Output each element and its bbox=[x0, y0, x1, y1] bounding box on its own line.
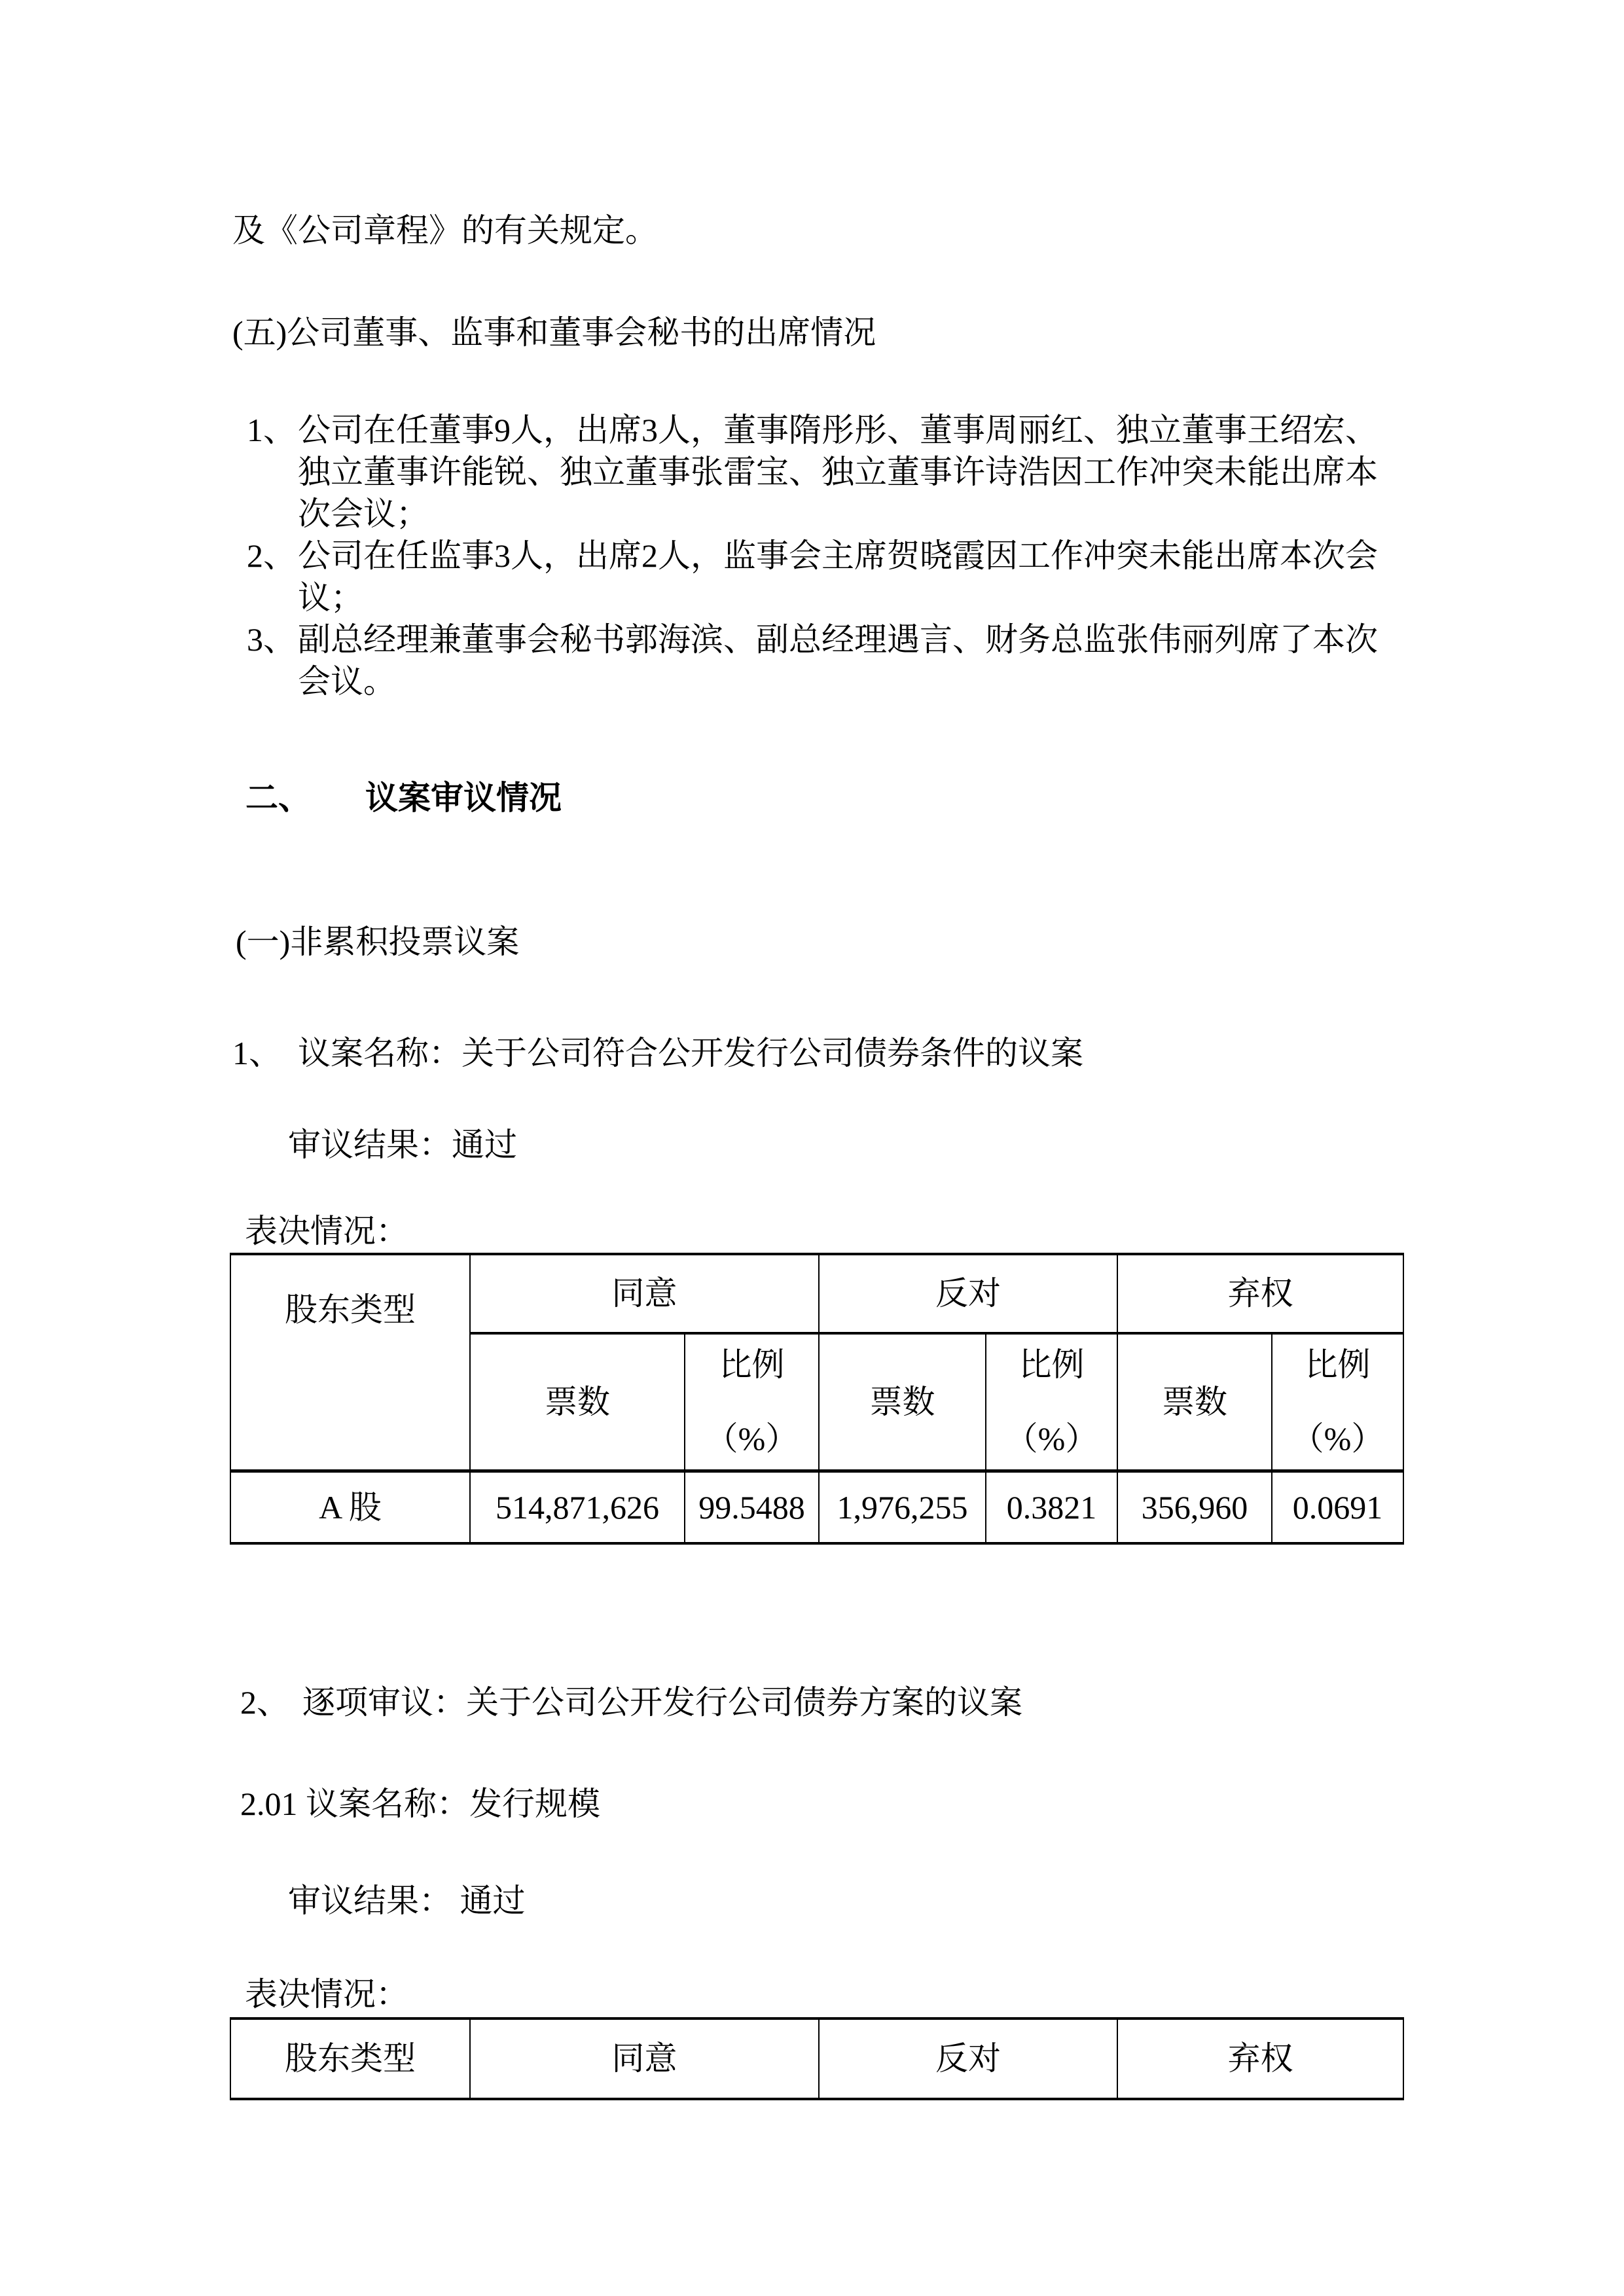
table1-agree-votes-header: 票数 bbox=[470, 1333, 685, 1471]
table1-agree-votes-value: 514,871,626 bbox=[470, 1471, 685, 1544]
list-item-number: 1、 bbox=[247, 409, 296, 451]
table1-data-row: A 股 514,871,626 99.5488 1,976,255 0.3821… bbox=[230, 1471, 1403, 1544]
table1-against-votes-header: 票数 bbox=[819, 1333, 986, 1471]
table1-header-row-1: 股东类型 同意 反对 弃权 bbox=[230, 1254, 1403, 1333]
table2-shareholder-type-header: 股东类型 bbox=[230, 2018, 470, 2099]
attendance-item: 2、 公司在任监事3人，出席2人，监事会主席贺晓霞因工作冲突未能出席本次会议； bbox=[232, 535, 1401, 619]
attendance-item: 3、 副总经理兼董事会秘书郭海滨、副总经理遇言、财务总监张伟丽列席了本次会议。 bbox=[232, 619, 1401, 702]
voting-status-label-1: 表决情况： bbox=[232, 1211, 1401, 1252]
ratio-label: 比例 bbox=[1272, 1344, 1403, 1386]
proposal-two-line: 2、 逐项审议：关于公司公开发行公司债券方案的议案 bbox=[232, 1682, 1401, 1723]
section-two-heading: 二、议案审议情况 bbox=[232, 778, 1401, 819]
ratio-label: 比例 bbox=[685, 1344, 818, 1386]
document-content: 及《公司章程》的有关规定。 (五)公司董事、监事和董事会秘书的出席情况 1、 公… bbox=[0, 0, 1624, 2100]
table2-header-row: 股东类型 同意 反对 弃权 bbox=[230, 2018, 1403, 2099]
review-result-1: 审议结果：通过 bbox=[232, 1124, 1401, 1166]
table1-abstain-votes-header: 票数 bbox=[1117, 1333, 1272, 1471]
table2-agree-header: 同意 bbox=[470, 2018, 819, 2099]
list-item-text: 副总经理兼董事会秘书郭海滨、副总经理遇言、财务总监张伟丽列席了本次会议。 bbox=[298, 621, 1378, 700]
list-item-text: 公司在任董事9人，出席3人，董事隋彤彤、董事周丽红、独立董事王绍宏、独立董事许能… bbox=[298, 412, 1378, 532]
table1-shareholder-type-value: A 股 bbox=[230, 1471, 470, 1544]
table1-abstain-ratio-header: 比例 （%） bbox=[1272, 1333, 1403, 1471]
continued-paragraph: 及《公司章程》的有关规定。 bbox=[232, 210, 1401, 251]
attendance-item: 1、 公司在任董事9人，出席3人，董事隋彤彤、董事周丽红、独立董事王绍宏、独立董… bbox=[232, 409, 1401, 535]
list-item-text: 公司在任监事3人，出席2人，监事会主席贺晓霞因工作冲突未能出席本次会议； bbox=[298, 537, 1378, 616]
subsection-one-title: (一)非累积投票议案 bbox=[232, 922, 1401, 963]
proposal-one-line: 1、 议案名称：关于公司符合公开发行公司债券条件的议案 bbox=[232, 1033, 1401, 1074]
ratio-percent-label: （%） bbox=[685, 1418, 818, 1460]
ratio-percent-label: （%） bbox=[986, 1418, 1117, 1460]
proposal-text: 议案名称：关于公司符合公开发行公司债券条件的议案 bbox=[298, 1035, 1083, 1071]
heading-text: 议案审议情况 bbox=[365, 780, 562, 816]
table1-abstain-group-header: 弃权 bbox=[1117, 1254, 1403, 1333]
table1-against-ratio-value: 0.3821 bbox=[986, 1471, 1117, 1544]
table1-agree-ratio-value: 99.5488 bbox=[685, 1471, 819, 1544]
table1-agree-ratio-header: 比例 （%） bbox=[685, 1333, 819, 1471]
list-item-number: 2、 bbox=[247, 535, 296, 577]
table2-against-header: 反对 bbox=[819, 2018, 1117, 2099]
proposal-number: 1、 bbox=[232, 1033, 281, 1074]
proposal-2-01-line: 2.01 议案名称：发行规模 bbox=[232, 1784, 1401, 1825]
section-five-title: (五)公司董事、监事和董事会秘书的出席情况 bbox=[232, 312, 1401, 353]
proposal-text: 逐项审议：关于公司公开发行公司债券方案的议案 bbox=[302, 1684, 1022, 1721]
table1-abstain-ratio-value: 0.0691 bbox=[1272, 1471, 1403, 1544]
ratio-label: 比例 bbox=[986, 1344, 1117, 1386]
list-item-number: 3、 bbox=[247, 619, 296, 660]
proposal-number: 2、 bbox=[240, 1682, 289, 1723]
voting-table-1: 股东类型 同意 反对 弃权 票数 比例 （%） 票数 比例 （%） bbox=[230, 1253, 1404, 1545]
table1-against-ratio-header: 比例 （%） bbox=[986, 1333, 1117, 1471]
table1-against-group-header: 反对 bbox=[819, 1254, 1117, 1333]
voting-table-2: 股东类型 同意 反对 弃权 bbox=[230, 2017, 1404, 2100]
table1-against-votes-value: 1,976,255 bbox=[819, 1471, 986, 1544]
review-result-2: 审议结果： 通过 bbox=[232, 1880, 1401, 1922]
table1-abstain-votes-value: 356,960 bbox=[1117, 1471, 1272, 1544]
voting-status-label-2: 表决情况： bbox=[232, 1974, 1401, 2015]
table1-agree-group-header: 同意 bbox=[470, 1254, 819, 1333]
heading-number: 二、 bbox=[245, 780, 311, 816]
ratio-percent-label: （%） bbox=[1272, 1418, 1403, 1460]
table1-shareholder-type-header: 股东类型 bbox=[230, 1254, 470, 1471]
document-page: 及《公司章程》的有关规定。 (五)公司董事、监事和董事会秘书的出席情况 1、 公… bbox=[0, 0, 1624, 2296]
attendance-list: 1、 公司在任董事9人，出席3人，董事隋彤彤、董事周丽红、独立董事王绍宏、独立董… bbox=[232, 409, 1401, 702]
table2-abstain-header: 弃权 bbox=[1117, 2018, 1403, 2099]
